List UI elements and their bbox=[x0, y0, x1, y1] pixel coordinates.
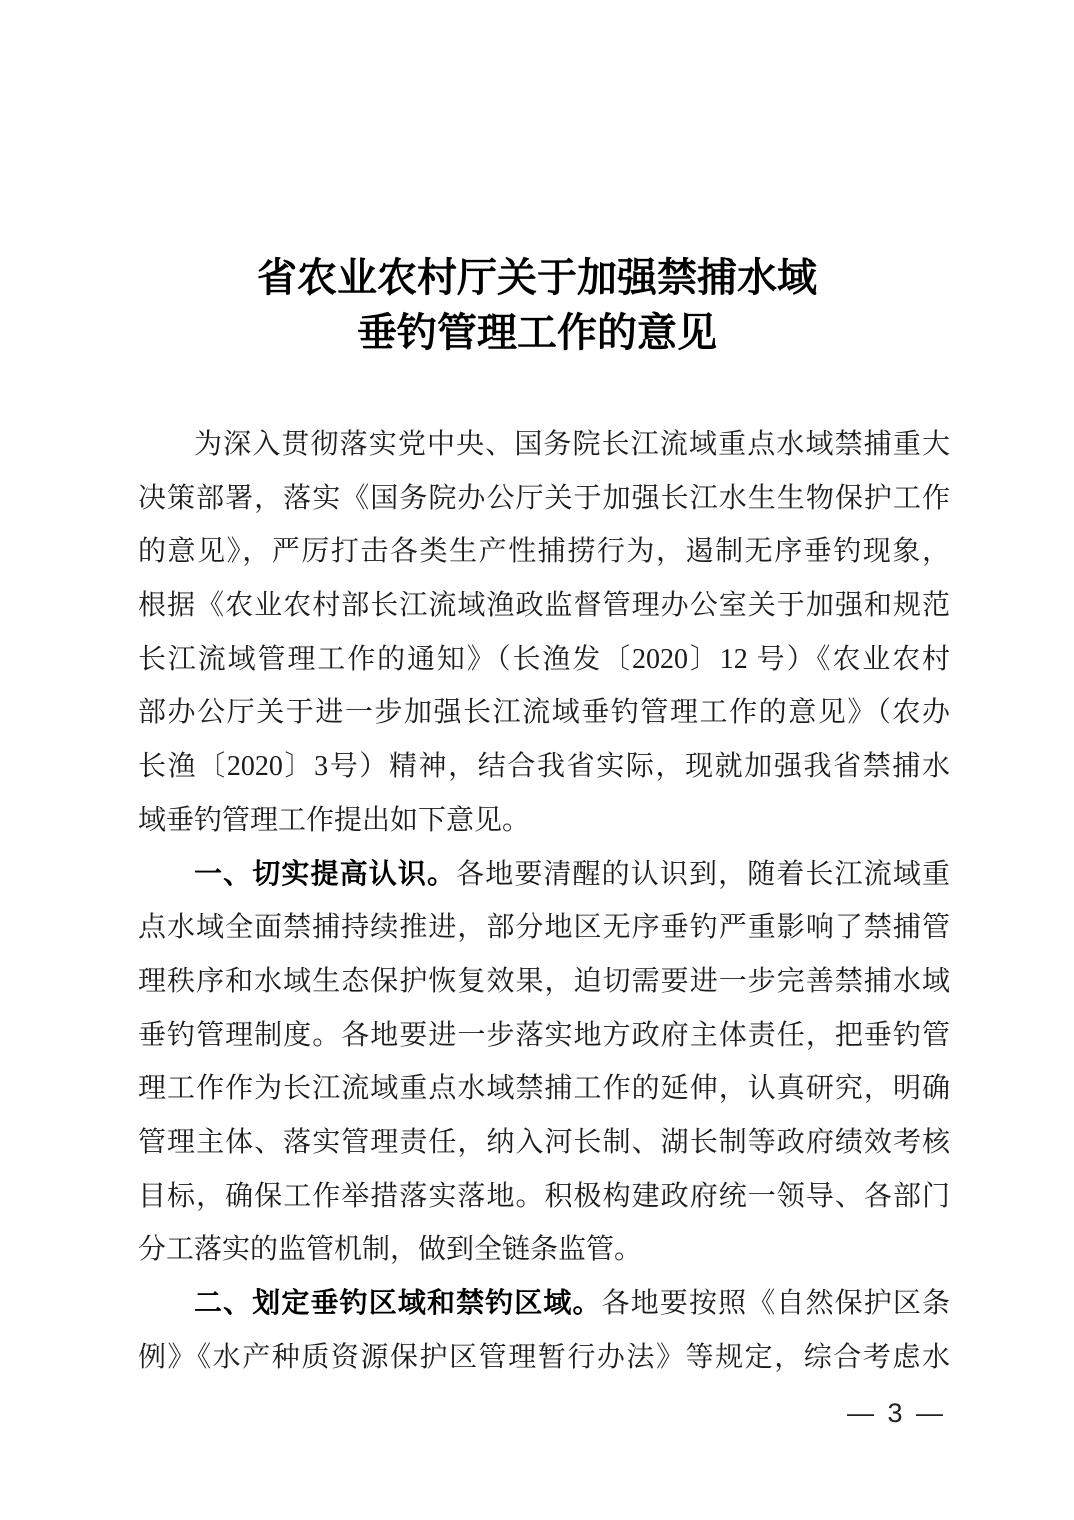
body-line: 垂钓管理制度。各地要进一步落实地方政府主体责任，把垂钓管 bbox=[138, 1008, 950, 1062]
document-body: 为深入贯彻落实党中央、国务院长江流域重点水域禁捕重大 决策部署，落实《国务院办公… bbox=[138, 417, 950, 1383]
body-line: 决策部署，落实《国务院办公厅关于加强长江水生生物保护工作 bbox=[138, 471, 950, 525]
line-text: 为深入贯彻落实党中央、国务院长江流域重点水域禁捕重大 bbox=[194, 429, 950, 460]
body-line: 长渔〔2020〕3号）精神，结合我省实际，现就加强我省禁捕水 bbox=[138, 739, 950, 793]
body-line: 理工作作为长江流域重点水域禁捕工作的延伸，认真研究，明确 bbox=[138, 1061, 950, 1115]
body-line: 部办公厅关于进一步加强长江流域垂钓管理工作的意见》（农办 bbox=[138, 685, 950, 739]
line-text: 分工落实的监管机制，做到全链条监管。 bbox=[138, 1234, 642, 1265]
body-line: 一、切实提高认识。各地要清醒的认识到，随着长江流域重 bbox=[138, 847, 950, 901]
page-number: — 3 — bbox=[847, 1398, 946, 1428]
line-text: 部办公厅关于进一步加强长江流域垂钓管理工作的意见》（农办 bbox=[138, 697, 950, 728]
line-text: 目标，确保工作举措落实落地。积极构建政府统一领导、各部门 bbox=[138, 1181, 950, 1212]
line-text: 的意见》，严厉打击各类生产性捕捞行为，遏制无序垂钓现象， bbox=[138, 536, 950, 567]
body-line: 分工落实的监管机制，做到全链条监管。 bbox=[138, 1222, 950, 1276]
body-line: 理秩序和水域生态保护恢复效果，迫切需要进一步完善禁捕水域 bbox=[138, 954, 950, 1008]
body-line: 管理主体、落实管理责任，纳入河长制、湖长制等政府绩效考核 bbox=[138, 1115, 950, 1169]
section-heading: 一、切实提高认识。 bbox=[194, 858, 456, 889]
body-line: 二、划定垂钓区域和禁钓区域。各地要按照《自然保护区条 bbox=[138, 1276, 950, 1330]
line-text: 域垂钓管理工作提出如下意见。 bbox=[138, 805, 530, 836]
body-line: 目标，确保工作举措落实落地。积极构建政府统一领导、各部门 bbox=[138, 1169, 950, 1223]
line-text: 垂钓管理制度。各地要进一步落实地方政府主体责任，把垂钓管 bbox=[138, 1020, 950, 1051]
line-text: 管理主体、落实管理责任，纳入河长制、湖长制等政府绩效考核 bbox=[138, 1127, 950, 1158]
line-text: 例》《水产种质资源保护区管理暂行办法》等规定，综合考虑水 bbox=[138, 1342, 950, 1373]
line-text: 理工作作为长江流域重点水域禁捕工作的延伸，认真研究，明确 bbox=[138, 1073, 950, 1104]
body-line: 点水域全面禁捕持续推进，部分地区无序垂钓严重影响了禁捕管 bbox=[138, 900, 950, 954]
body-line: 的意见》，严厉打击各类生产性捕捞行为，遏制无序垂钓现象， bbox=[138, 524, 950, 578]
body-line: 域垂钓管理工作提出如下意见。 bbox=[138, 793, 950, 847]
line-text: 各地要按照《自然保护区条 bbox=[602, 1288, 950, 1319]
document-title-line2: 垂钓管理工作的意见 bbox=[131, 305, 943, 360]
body-line: 根据《农业农村部长江流域渔政监督管理办公室关于加强和规范 bbox=[138, 578, 950, 632]
line-text: 理秩序和水域生态保护恢复效果，迫切需要进一步完善禁捕水域 bbox=[138, 966, 950, 997]
line-text: 点水域全面禁捕持续推进，部分地区无序垂钓严重影响了禁捕管 bbox=[138, 912, 950, 943]
line-text: 决策部署，落实《国务院办公厅关于加强长江水生生物保护工作 bbox=[138, 483, 950, 514]
body-line: 例》《水产种质资源保护区管理暂行办法》等规定，综合考虑水 bbox=[138, 1330, 950, 1384]
line-text: 长江流域管理工作的通知》（长渔发〔2020〕12 号）《农业农村 bbox=[138, 644, 950, 675]
document-title: 省农业农村厅关于加强禁捕水域 垂钓管理工作的意见 bbox=[131, 250, 943, 360]
document-page: 省农业农村厅关于加强禁捕水域 垂钓管理工作的意见 为深入贯彻落实党中央、国务院长… bbox=[0, 0, 1074, 1520]
line-text: 根据《农业农村部长江流域渔政监督管理办公室关于加强和规范 bbox=[138, 590, 950, 621]
line-text: 各地要清醒的认识到，随着长江流域重 bbox=[456, 859, 950, 890]
body-line: 为深入贯彻落实党中央、国务院长江流域重点水域禁捕重大 bbox=[138, 417, 950, 471]
section-heading: 二、划定垂钓区域和禁钓区域。 bbox=[194, 1287, 602, 1318]
body-line: 长江流域管理工作的通知》（长渔发〔2020〕12 号）《农业农村 bbox=[138, 632, 950, 686]
document-title-line1: 省农业农村厅关于加强禁捕水域 bbox=[131, 250, 943, 305]
line-text: 长渔〔2020〕3号）精神，结合我省实际，现就加强我省禁捕水 bbox=[138, 751, 950, 782]
